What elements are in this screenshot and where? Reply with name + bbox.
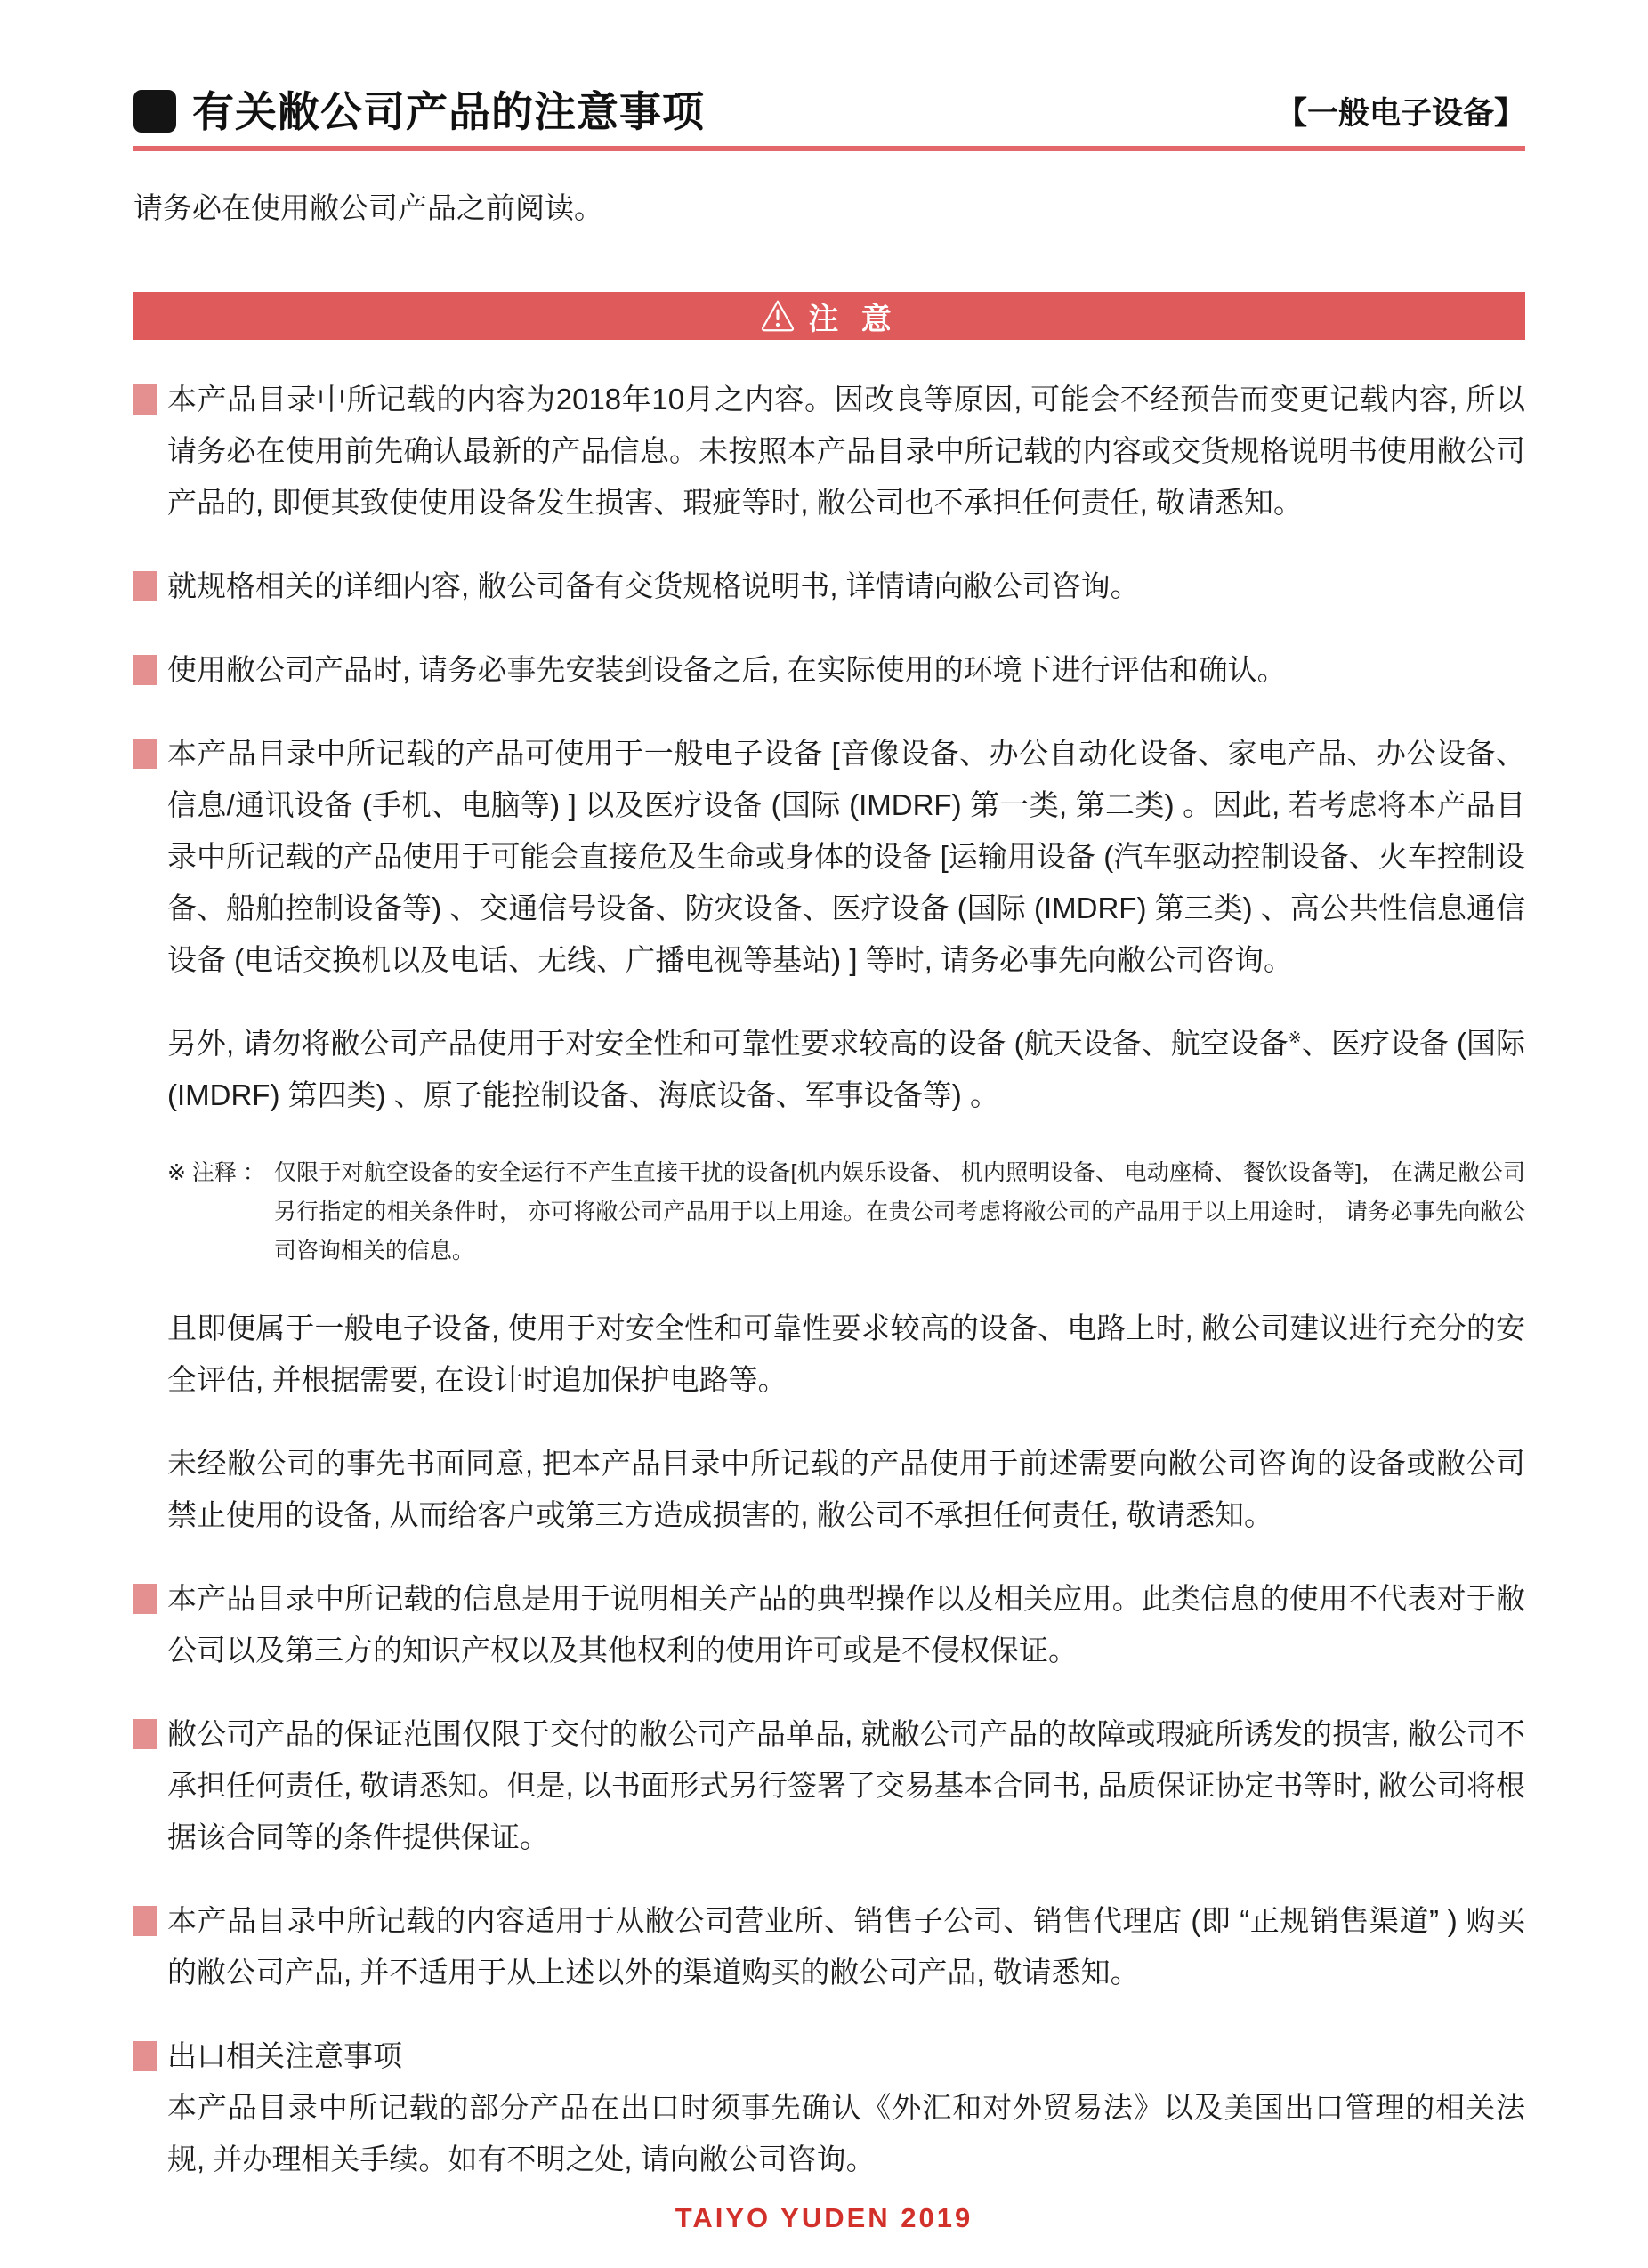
footnote-reference-mark: ※	[1289, 1029, 1302, 1046]
bullet-marker	[133, 571, 157, 601]
bullet-marker	[133, 384, 157, 415]
section-text: 使用敝公司产品时, 请务必事先安装到设备之后, 在实际使用的环境下进行评估和确认…	[167, 653, 1287, 686]
bullet-marker	[133, 1719, 157, 1749]
section-block: 且即便属于一般电子设备, 使用于对安全性和可靠性要求较高的设备、电路上时, 敝公…	[133, 1303, 1525, 1406]
page-title: 有关敝公司产品的注意事项	[192, 91, 705, 133]
bullet-marker	[133, 1906, 157, 1936]
section-text: 本产品目录中所记载的内容适用于从敝公司营业所、销售子公司、销售代理店 (即 “正…	[167, 1904, 1525, 1989]
section-text: 敝公司产品的保证范围仅限于交付的敝公司产品单品, 就敝公司产品的故障或瑕疵所诱发…	[167, 1717, 1525, 1853]
section-text: 且即便属于一般电子设备, 使用于对安全性和可靠性要求较高的设备、电路上时, 敝公…	[167, 1312, 1525, 1396]
section-block: 本产品目录中所记载的内容适用于从敝公司营业所、销售子公司、销售代理店 (即 “正…	[133, 1895, 1525, 1998]
footnote: ※ 注释 ： 仅限于对航空设备的安全运行不产生直接干扰的设备[机内娱乐设备、 机…	[133, 1153, 1525, 1271]
section-text: 本产品目录中所记载的产品可使用于一般电子设备 [音像设备、办公自动化设备、家电产…	[167, 737, 1525, 976]
section-text: 本产品目录中所记载的部分产品在出口时须事先确认《外汇和对外贸易法》以及美国出口管…	[167, 2091, 1525, 2175]
page: 有关敝公司产品的注意事项 【一般电子设备】 请务必在使用敝公司产品之前阅读。 注…	[0, 0, 1648, 2268]
brand-logo-text: TAIYO YUDEN 2019	[675, 2202, 973, 2233]
section-block: 使用敝公司产品时, 请务必事先安装到设备之后, 在实际使用的环境下进行评估和确认…	[133, 644, 1525, 696]
section-block: 就规格相关的详细内容, 敝公司备有交货规格说明书, 详情请向敝公司咨询。	[133, 561, 1525, 612]
section-block: 敝公司产品的保证范围仅限于交付的敝公司产品单品, 就敝公司产品的故障或瑕疵所诱发…	[133, 1708, 1525, 1863]
footnote-label: ※ 注释 ：	[167, 1153, 265, 1271]
section-block-aerospace: 另外, 请勿将敝公司产品使用于对安全性和可靠性要求较高的设备 (航天设备、航空设…	[133, 1018, 1525, 1121]
content: 本产品目录中所记载的内容为2018年10月之内容。因改良等原因, 可能会不经预告…	[133, 374, 1525, 2185]
footnote-text: 仅限于对航空设备的安全运行不产生直接干扰的设备[机内娱乐设备、 机内照明设备、 …	[274, 1153, 1525, 1271]
notice-banner: 注 意	[133, 292, 1525, 340]
footer: TAIYO YUDEN 2019	[0, 2202, 1648, 2234]
intro-text: 请务必在使用敝公司产品之前阅读。	[133, 190, 1525, 226]
section-text: 本产品目录中所记载的内容为2018年10月之内容。因改良等原因, 可能会不经预告…	[167, 383, 1525, 519]
section-block: 本产品目录中所记载的信息是用于说明相关产品的典型操作以及相关应用。此类信息的使用…	[133, 1573, 1525, 1676]
section-text: 另外, 请勿将敝公司产品使用于对安全性和可靠性要求较高的设备 (航天设备、航空设…	[167, 1027, 1289, 1060]
warning-triangle-icon	[760, 298, 796, 334]
section-block: 本产品目录中所记载的产品可使用于一般电子设备 [音像设备、办公自动化设备、家电产…	[133, 728, 1525, 986]
category-label: 【一般电子设备】	[1276, 89, 1525, 133]
bullet-marker	[133, 2041, 157, 2071]
bullet-marker	[133, 1584, 157, 1614]
section-block: 本产品目录中所记载的内容为2018年10月之内容。因改良等原因, 可能会不经预告…	[133, 374, 1525, 529]
bullet-marker	[133, 655, 157, 685]
section-block-export-body: 本产品目录中所记载的部分产品在出口时须事先确认《外汇和对外贸易法》以及美国出口管…	[133, 2082, 1525, 2185]
title-underline	[133, 146, 1525, 151]
notice-banner-label: 注 意	[808, 295, 898, 338]
section-block-export-heading: 出口相关注意事项	[133, 2030, 1525, 2082]
section-text: 出口相关注意事项	[167, 2039, 402, 2072]
section-text: 本产品目录中所记载的信息是用于说明相关产品的典型操作以及相关应用。此类信息的使用…	[167, 1582, 1525, 1667]
section-block: 未经敝公司的事先书面同意, 把本产品目录中所记载的产品使用于前述需要向敝公司咨询…	[133, 1438, 1525, 1541]
section-text: 就规格相关的详细内容, 敝公司备有交货规格说明书, 详情请向敝公司咨询。	[167, 569, 1140, 602]
header: 有关敝公司产品的注意事项 【一般电子设备】	[133, 89, 1525, 133]
section-text: 未经敝公司的事先书面同意, 把本产品目录中所记载的产品使用于前述需要向敝公司咨询…	[167, 1447, 1525, 1531]
black-square-icon	[133, 90, 176, 133]
bullet-marker	[133, 739, 157, 769]
